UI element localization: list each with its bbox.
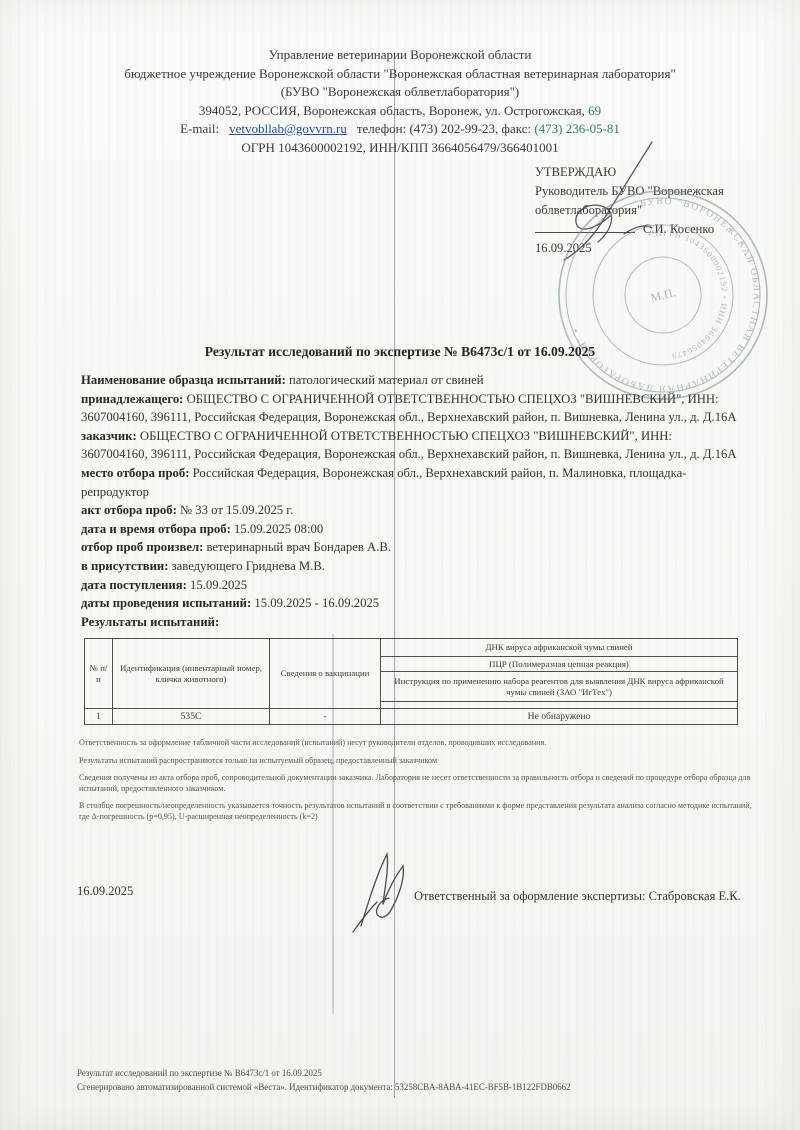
email-label: E-mail: [180, 120, 219, 139]
scanned-document: Управление ветеринарии Воронежской облас… [0, 0, 800, 1130]
email-link[interactable]: vetvobllab@govvrn.ru [229, 120, 347, 139]
document-title: Результат исследований по экспертизе № В… [0, 344, 800, 360]
field-sampling-place: место отбора проб: Российская Федерация,… [81, 464, 741, 501]
cell-result: Не обнаружено [381, 709, 738, 725]
note-sampling-info: Сведения получены из акта отбора проб, с… [79, 773, 754, 794]
field-sampling-datetime: дата и время отбора проб: 15.09.2025 08:… [81, 520, 741, 539]
header-cell-method-doc: Инструкция по применению набора реагенто… [381, 672, 738, 702]
contacts-line: E-mail: vetvobllab@govvrn.ru телефон: (4… [0, 120, 800, 139]
note-scope: Результаты испытаний распространяются то… [79, 756, 754, 767]
header-cell-vaccination: Сведения о вакцинации [270, 639, 381, 709]
cell-row-number: 1 [85, 709, 113, 725]
field-owner: принадлежащего: ОБЩЕСТВО С ОГРАНИЧЕННОЙ … [81, 390, 741, 427]
responsible-person: Ответственный за оформление экспертизы: … [414, 889, 741, 904]
header-cell-analyte: ДНК вируса африканской чумы свиней [381, 639, 738, 657]
field-sample-name: Наименование образца испытаний: патологи… [81, 371, 741, 390]
org-full-name: бюджетное учреждение Воронежской области… [0, 65, 800, 84]
note-uncertainty: В столбце погрешность/неопределенность у… [79, 801, 754, 822]
field-customer: заказчик: ОБЩЕСТВО С ОГРАНИЧЕННОЙ ОТВЕТС… [81, 427, 741, 464]
header-cell-method: ПЦР (Полимеразная цепная реакция) [381, 657, 738, 672]
cell-vaccination: - [270, 709, 381, 725]
table-header-row-1: № п/п Идентификация (инвентарный номер, … [85, 639, 738, 657]
field-receipt-date: дата поступления: 15.09.2025 [81, 576, 741, 595]
table-row: 1 535С - Не обнаружено [85, 709, 738, 725]
footer-expertise-ref: Результат исследований по экспертизе № В… [77, 1066, 757, 1080]
org-address: 394052, РОССИЯ, Воронежская область, Вор… [0, 102, 800, 121]
signoff-date: 16.09.2025 [77, 884, 133, 899]
field-results-heading: Результаты испытаний: [81, 613, 741, 632]
stamp-center-text: М.П. [649, 285, 677, 305]
handwritten-signature-responsible [343, 848, 418, 933]
header-cell-number: № п/п [85, 639, 113, 709]
results-table: № п/п Идентификация (инвентарный номер, … [84, 638, 738, 725]
disclaimer-notes: Ответственность за оформление табличной … [79, 738, 754, 829]
org-short-name: (БУВО "Воронежская облветлаборатория") [0, 83, 800, 102]
footer-generated-by: Сгенерировано автоматизированной системо… [77, 1080, 757, 1094]
address-number: 69 [588, 103, 601, 118]
field-sampling-act: акт отбора проб: № 33 от 15.09.2025 г. [81, 501, 741, 520]
header-cell-empty [381, 702, 738, 709]
field-sampler: отбор проб произвел: ветеринарный врач Б… [81, 538, 741, 557]
header-cell-identification: Идентификация (инвентарный номер, кличка… [113, 639, 270, 709]
cell-sample-id: 535С [113, 709, 270, 725]
org-parent-name: Управление ветеринарии Воронежской облас… [0, 46, 800, 65]
field-witness: в присутствии: заведующего Гриднева М.В. [81, 557, 741, 576]
field-test-dates: даты проведения испытаний: 15.09.2025 - … [81, 594, 741, 613]
fax-number: (473) 236-05-81 [534, 121, 620, 136]
sample-details: Наименование образца испытаний: патологи… [81, 371, 741, 631]
note-responsibility: Ответственность за оформление табличной … [79, 738, 754, 749]
document-footer: Результат исследований по экспертизе № В… [77, 1066, 757, 1094]
phone-fax: телефон: (473) 202-99-23, факс: (473) 23… [357, 120, 620, 139]
